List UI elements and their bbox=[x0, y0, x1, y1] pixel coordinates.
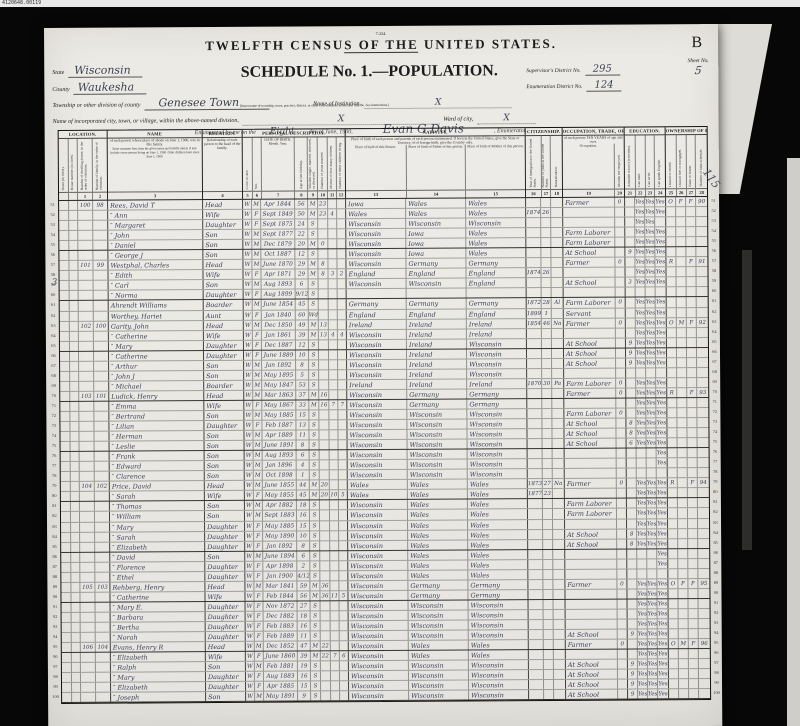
line-number: 70 bbox=[710, 387, 719, 397]
cell-age: 29 bbox=[294, 270, 307, 279]
cell-street bbox=[59, 201, 68, 210]
line-number: 63 bbox=[710, 317, 719, 327]
cell-dwelling: 102 bbox=[78, 321, 93, 330]
cell-relation: Son bbox=[203, 431, 243, 440]
cell-owned-rented bbox=[665, 237, 675, 246]
cell-naturalization bbox=[553, 690, 565, 699]
header-cell: Place of birth of Mother of this person.… bbox=[465, 144, 525, 197]
cell-occupation bbox=[563, 328, 615, 337]
cell-can-write: Yes bbox=[645, 378, 655, 387]
cell-can-read bbox=[636, 469, 646, 478]
cell-years-married bbox=[317, 219, 327, 228]
cell-can-write bbox=[646, 569, 656, 578]
cell-street bbox=[59, 261, 68, 270]
cell-dwelling bbox=[78, 412, 93, 421]
cell-father-birthplace: Germany bbox=[406, 399, 466, 408]
cell-marital: S bbox=[308, 410, 318, 419]
cell-age: 49 bbox=[295, 320, 308, 329]
cell-age: 15 bbox=[296, 521, 309, 530]
header-subcolumns: Street (in cities).House number (in citi… bbox=[59, 139, 107, 200]
column-number: 5 bbox=[243, 190, 252, 199]
cell-naturalization bbox=[551, 349, 563, 358]
cell-house bbox=[70, 522, 79, 531]
cell-dob: June 1889 bbox=[261, 350, 295, 359]
line-number: 68 bbox=[49, 371, 58, 381]
cell-children-living bbox=[336, 239, 345, 248]
cell-age: 15 bbox=[295, 410, 308, 419]
cell-color: W bbox=[244, 541, 253, 550]
cell-months-not-employed: 0 bbox=[615, 298, 625, 307]
cell-can-read: Yes bbox=[636, 499, 646, 508]
cell-father-birthplace: Germany bbox=[406, 299, 466, 308]
cell-farm-schedule bbox=[695, 207, 707, 216]
cell-months-not-employed bbox=[614, 238, 624, 247]
cell-color: W bbox=[245, 622, 254, 631]
cell-father-birthplace: Wisconsin bbox=[406, 420, 466, 429]
cell-sex: F bbox=[252, 340, 261, 349]
cell-occupation: At School bbox=[562, 248, 614, 257]
cell-can-write: Yes bbox=[646, 509, 656, 518]
cell-years-in-us: 26 bbox=[540, 208, 550, 217]
cell-dwelling bbox=[79, 532, 94, 541]
cell-dwelling bbox=[77, 231, 92, 240]
cell-school-months: 8 bbox=[625, 418, 635, 427]
cell-children-living bbox=[337, 290, 346, 299]
cell-street bbox=[59, 251, 68, 260]
cell-can-speak-english: Yes bbox=[656, 549, 667, 558]
cell-immigration-year: 1873 bbox=[527, 479, 542, 488]
cell-free-mortgaged bbox=[676, 298, 686, 307]
cell-immigration-year bbox=[527, 469, 542, 478]
cell-sex: M bbox=[251, 230, 260, 239]
cell-sex: F bbox=[253, 571, 262, 580]
cell-marital: S bbox=[310, 601, 320, 610]
cell-age: 29 bbox=[294, 260, 307, 269]
cell-occupation: At School bbox=[564, 439, 616, 448]
header-cell-label: Place of birth of Father of this person. bbox=[406, 144, 465, 189]
cell-house bbox=[69, 402, 78, 411]
cell-birthplace: Wisconsin bbox=[347, 530, 407, 539]
cell-marital: S bbox=[308, 430, 318, 439]
cell-immigration-year bbox=[526, 339, 541, 348]
cell-age: 4 bbox=[296, 461, 309, 470]
cell-years-in-us: 27 bbox=[542, 479, 552, 488]
cell-years-in-us bbox=[543, 640, 553, 649]
cell-farm-house bbox=[686, 408, 696, 417]
line-number: 91 bbox=[711, 598, 720, 608]
cell-months-not-employed: 0 bbox=[616, 479, 626, 488]
cell-owned-rented bbox=[668, 689, 678, 698]
cell-house bbox=[70, 482, 79, 491]
cell-free-mortgaged bbox=[678, 629, 688, 638]
cell-can-read: Yes bbox=[635, 348, 645, 357]
cell-occupation: At School bbox=[565, 660, 617, 669]
cell-house bbox=[70, 452, 79, 461]
cell-children-living bbox=[337, 300, 346, 309]
cell-school-months: 6 bbox=[626, 439, 636, 448]
line-number: 87 bbox=[711, 558, 720, 568]
cell-color: W bbox=[242, 200, 251, 209]
cell-house bbox=[70, 502, 79, 511]
cell-immigration-year bbox=[526, 359, 541, 368]
cell-free-mortgaged: F bbox=[677, 579, 687, 588]
cell-can-write: Yes bbox=[645, 358, 655, 367]
cell-children-born bbox=[327, 250, 336, 259]
cell-months-not-employed: 0 bbox=[615, 388, 625, 397]
cell-dwelling bbox=[78, 372, 93, 381]
cell-street bbox=[61, 583, 70, 592]
cell-years-in-us bbox=[541, 288, 551, 297]
cell-street bbox=[60, 301, 69, 310]
cell-age: 47 bbox=[297, 642, 310, 651]
header-cell-label: Number of years in the United States. bbox=[542, 136, 550, 189]
cell-school-months bbox=[626, 489, 636, 498]
cell-owned-rented bbox=[666, 308, 676, 317]
header-group-education: EDUCATION.Attended school (in months).21… bbox=[624, 127, 665, 196]
cell-house bbox=[70, 583, 79, 592]
cell-occupation: Farmer bbox=[562, 258, 614, 267]
cell-birthplace: Wisconsin bbox=[348, 601, 408, 610]
cell-color: W bbox=[243, 330, 252, 339]
cell-marital: S bbox=[308, 290, 318, 299]
cell-immigration-year: 1874 bbox=[525, 268, 540, 277]
header-cell-label: Number of these children living. bbox=[339, 137, 343, 190]
cell-relation: Son bbox=[204, 501, 244, 510]
cell-sex: F bbox=[251, 210, 260, 219]
cell-birthplace: Wisconsin bbox=[348, 631, 408, 640]
cell-dwelling bbox=[77, 221, 92, 230]
cell-children-living bbox=[339, 621, 348, 630]
cell-can-read: Yes bbox=[634, 248, 644, 257]
cell-naturalization bbox=[552, 459, 564, 468]
cell-age: 59 bbox=[296, 581, 309, 590]
cell-color: W bbox=[243, 310, 252, 319]
cell-house bbox=[70, 442, 79, 451]
column-number: 24 bbox=[655, 188, 665, 197]
cell-color: W bbox=[243, 320, 252, 329]
cell-can-write: Yes bbox=[646, 539, 656, 548]
cell-relation: Son bbox=[203, 280, 243, 289]
cell-relation: Daughter bbox=[205, 632, 245, 641]
cell-farm-house bbox=[688, 609, 698, 618]
cell-occupation bbox=[562, 268, 614, 277]
cell-color: W bbox=[245, 672, 254, 681]
line-number: 84 bbox=[711, 527, 720, 537]
cell-marital: S bbox=[308, 360, 318, 369]
cell-street bbox=[61, 532, 70, 541]
cell-mother-birthplace: Wisconsin bbox=[466, 339, 526, 348]
line-number: 55 bbox=[48, 240, 57, 250]
cell-dwelling bbox=[80, 683, 95, 692]
cell-dob: Jan 1892 bbox=[262, 541, 296, 550]
cell-school-months bbox=[625, 308, 635, 317]
cell-occupation: Farm Laborer bbox=[562, 238, 614, 247]
cell-can-speak-english: Yes bbox=[654, 197, 665, 206]
header-cell: Naturalization.18 bbox=[550, 136, 562, 197]
cell-occupation: At School bbox=[563, 419, 615, 428]
cell-house bbox=[70, 563, 79, 572]
line-number: 85 bbox=[50, 542, 59, 552]
cell-years-in-us bbox=[543, 650, 553, 659]
cell-farm-house bbox=[688, 669, 698, 678]
cell-years-married bbox=[320, 682, 330, 691]
cell-owned-rented: O bbox=[666, 318, 676, 327]
cell-relation: Son bbox=[204, 471, 244, 480]
cell-father-birthplace: Ireland bbox=[406, 379, 466, 388]
cell-dob: May 1891 bbox=[263, 692, 297, 701]
cell-free-mortgaged bbox=[676, 378, 686, 387]
cell-name: ″ Sarah bbox=[109, 491, 204, 501]
line-number: 74 bbox=[49, 431, 58, 441]
cell-dob: Dec 1882 bbox=[263, 611, 297, 620]
cell-can-write: Yes bbox=[647, 690, 657, 699]
cell-farm-house bbox=[686, 288, 696, 297]
cell-can-read: Yes bbox=[636, 519, 646, 528]
cell-age: 20 bbox=[294, 240, 307, 249]
cell-house bbox=[69, 422, 78, 431]
cell-farm-schedule: 92 bbox=[696, 318, 708, 327]
cell-dwelling bbox=[78, 402, 93, 411]
cell-color: W bbox=[242, 240, 251, 249]
cell-sex: M bbox=[253, 551, 262, 560]
cell-owned-rented bbox=[668, 629, 678, 638]
cell-naturalization bbox=[550, 198, 562, 207]
cell-street bbox=[61, 563, 70, 572]
cell-street bbox=[62, 693, 71, 702]
cell-name: ″ Barbara bbox=[110, 612, 205, 622]
cell-farm-schedule bbox=[697, 529, 709, 538]
cell-children-born bbox=[329, 460, 338, 469]
cell-naturalization bbox=[552, 449, 564, 458]
cell-street bbox=[60, 281, 69, 290]
cell-farm-house bbox=[687, 539, 697, 548]
cell-birthplace: Wisconsin bbox=[347, 440, 407, 449]
cell-family bbox=[93, 412, 108, 421]
cell-sex: F bbox=[252, 290, 261, 299]
cell-family bbox=[93, 432, 108, 441]
line-number: 62 bbox=[710, 306, 719, 316]
cell-occupation bbox=[564, 519, 616, 528]
cell-years-in-us bbox=[541, 329, 551, 338]
cell-dob: Sept 1877 bbox=[260, 230, 294, 239]
cell-free-mortgaged bbox=[678, 659, 688, 668]
cell-can-read: Yes bbox=[635, 378, 645, 387]
cell-mother-birthplace: Ireland bbox=[466, 379, 526, 388]
cell-years-married: 0 bbox=[317, 240, 327, 249]
cell-years-married: 20 bbox=[319, 491, 329, 500]
cell-school-months bbox=[625, 328, 635, 337]
cell-can-speak-english: Yes bbox=[654, 268, 665, 277]
cell-can-write: Yes bbox=[645, 328, 655, 337]
cell-children-living bbox=[337, 390, 346, 399]
cell-house bbox=[69, 352, 78, 361]
cell-school-months: 3 bbox=[625, 278, 635, 287]
cell-dwelling bbox=[77, 271, 92, 280]
line-number: 75 bbox=[711, 437, 720, 447]
cell-name: Ahrendt Williams bbox=[108, 301, 203, 311]
cell-children-living bbox=[337, 420, 346, 429]
cell-color: W bbox=[245, 612, 254, 621]
cell-owned-rented bbox=[666, 378, 676, 387]
cell-name: ″ Norah bbox=[110, 632, 205, 642]
cell-can-write: Yes bbox=[646, 438, 656, 447]
cell-family bbox=[95, 603, 110, 612]
cell-color: W bbox=[244, 471, 253, 480]
cell-can-write: Yes bbox=[647, 670, 657, 679]
cell-years-in-us bbox=[542, 499, 552, 508]
column-number: 1 bbox=[78, 191, 92, 200]
cell-free-mortgaged bbox=[675, 267, 685, 276]
cell-occupation: At School bbox=[563, 429, 615, 438]
cell-family: 104 bbox=[95, 643, 110, 652]
line-number: 66 bbox=[49, 351, 58, 361]
cell-immigration-year bbox=[527, 560, 542, 569]
cell-dwelling bbox=[79, 593, 94, 602]
cell-father-birthplace: Wisconsin bbox=[406, 430, 466, 439]
cell-relation: Son bbox=[204, 551, 244, 560]
cell-immigration-year bbox=[527, 590, 542, 599]
cell-school-months: 9 bbox=[627, 690, 637, 699]
cell-occupation: Farm Laborer bbox=[562, 228, 614, 237]
line-number: 69 bbox=[710, 377, 719, 387]
cell-years-in-us bbox=[540, 228, 550, 237]
cell-can-speak-english bbox=[656, 469, 667, 478]
line-number: 75 bbox=[50, 441, 59, 451]
cell-years-married: 16 bbox=[318, 390, 328, 399]
cell-naturalization: Pa bbox=[551, 379, 563, 388]
cell-children-born bbox=[327, 229, 336, 238]
cell-years-in-us bbox=[542, 519, 552, 528]
cell-free-mortgaged bbox=[677, 468, 687, 477]
cell-children-born bbox=[329, 571, 338, 580]
cell-farm-schedule bbox=[697, 448, 709, 457]
cell-years-in-us bbox=[542, 540, 552, 549]
cell-dob: Sept 1849 bbox=[260, 210, 294, 219]
cell-family bbox=[94, 452, 109, 461]
cell-color: W bbox=[243, 431, 252, 440]
cell-years-in-us bbox=[542, 459, 552, 468]
cell-relation: Daughter bbox=[202, 220, 242, 229]
cell-children-living bbox=[337, 430, 346, 439]
cell-sex: M bbox=[253, 582, 262, 591]
cell-naturalization bbox=[550, 228, 562, 237]
cell-can-read: Yes bbox=[634, 217, 644, 226]
cell-free-mortgaged bbox=[677, 559, 687, 568]
cell-dob: Apr 1844 bbox=[260, 200, 294, 209]
cell-sex: F bbox=[254, 652, 263, 661]
cell-years-in-us bbox=[543, 630, 553, 639]
cell-free-mortgaged bbox=[676, 348, 686, 357]
cell-years-in-us bbox=[542, 439, 552, 448]
cell-farm-house bbox=[687, 498, 697, 507]
column-number: 27 bbox=[687, 188, 696, 197]
column-number: 2 bbox=[93, 191, 107, 200]
cell-age: 12 bbox=[295, 340, 308, 349]
cell-can-read: Yes bbox=[635, 338, 645, 347]
cell-owned-rented bbox=[666, 418, 676, 427]
cell-sex: F bbox=[254, 682, 263, 691]
cell-years-married bbox=[318, 280, 328, 289]
cell-years-in-us bbox=[543, 670, 553, 679]
header-group-title: EDUCATION. bbox=[625, 127, 665, 135]
cell-mother-birthplace: Wales bbox=[467, 560, 527, 569]
line-number: 88 bbox=[50, 572, 59, 582]
cell-years-in-us bbox=[541, 409, 551, 418]
cell-naturalization bbox=[551, 278, 563, 287]
cell-years-married bbox=[318, 310, 328, 319]
cell-birthplace: Wisconsin bbox=[345, 249, 405, 258]
cell-school-months bbox=[627, 609, 637, 618]
cell-years-in-us bbox=[540, 258, 550, 267]
header-cell-label: Number of farm schedule. bbox=[699, 135, 703, 188]
cell-farm-schedule bbox=[697, 559, 709, 568]
cell-occupation: Farmer bbox=[563, 318, 615, 327]
cell-age: 8 bbox=[296, 441, 309, 450]
cell-sex: M bbox=[252, 360, 261, 369]
line-number: 87 bbox=[50, 562, 59, 572]
cell-street bbox=[61, 442, 70, 451]
cell-school-months bbox=[625, 398, 635, 407]
cell-marital: S bbox=[308, 350, 318, 359]
cell-color: W bbox=[245, 692, 254, 701]
cell-mother-birthplace: Wisconsin bbox=[468, 680, 528, 689]
cell-relation: Daughter bbox=[205, 622, 245, 631]
cell-children-born bbox=[328, 350, 337, 359]
header-subcolumns: Place of birth of this Person.13Place of… bbox=[346, 144, 525, 198]
cell-children-living: 4 bbox=[337, 330, 346, 339]
cell-age: 10 bbox=[295, 350, 308, 359]
cell-birthplace: Wisconsin bbox=[347, 520, 407, 529]
cell-months-not-employed bbox=[615, 368, 625, 377]
cell-name: ″ Edith bbox=[107, 270, 202, 280]
cell-free-mortgaged bbox=[677, 529, 687, 538]
cell-years-in-us: 28 bbox=[541, 298, 551, 307]
cell-name: ″ Norma bbox=[108, 291, 203, 301]
header-cell-label: Number of years married. bbox=[321, 137, 325, 190]
masthead-rule bbox=[344, 52, 418, 53]
cell-farm-house: F bbox=[688, 639, 698, 648]
line-number: 78 bbox=[50, 471, 59, 481]
cell-owned-rented bbox=[667, 509, 677, 518]
cell-free-mortgaged bbox=[678, 649, 688, 658]
cell-can-write: Yes bbox=[645, 418, 655, 427]
cell-street bbox=[60, 291, 69, 300]
cell-can-speak-english: Yes bbox=[656, 519, 667, 528]
cell-children-living bbox=[338, 551, 347, 560]
cell-years-in-us bbox=[542, 570, 552, 579]
cell-years-in-us: 46 bbox=[541, 319, 551, 328]
header-cell: House number (in cities). bbox=[68, 139, 77, 200]
cell-owned-rented bbox=[667, 589, 677, 598]
cell-street bbox=[62, 673, 71, 682]
line-number: 64 bbox=[710, 327, 719, 337]
cell-farm-schedule bbox=[696, 408, 708, 417]
cell-color: W bbox=[244, 511, 253, 520]
cell-family bbox=[94, 522, 109, 531]
cell-name: ″ Ralph bbox=[110, 662, 205, 672]
cell-dwelling bbox=[80, 673, 95, 682]
cell-dob: Nov 1872 bbox=[263, 601, 297, 610]
cell-children-born bbox=[328, 340, 337, 349]
cell-free-mortgaged bbox=[678, 679, 688, 688]
cell-occupation bbox=[562, 208, 614, 217]
cell-mother-birthplace: Wisconsin bbox=[468, 670, 528, 679]
cell-birthplace: Wisconsin bbox=[347, 571, 407, 580]
sheet-side-letter: B bbox=[691, 34, 702, 52]
cell-years-married: 36 bbox=[319, 591, 329, 600]
line-number: 80 bbox=[711, 487, 720, 497]
cell-can-write: Yes bbox=[645, 388, 655, 397]
